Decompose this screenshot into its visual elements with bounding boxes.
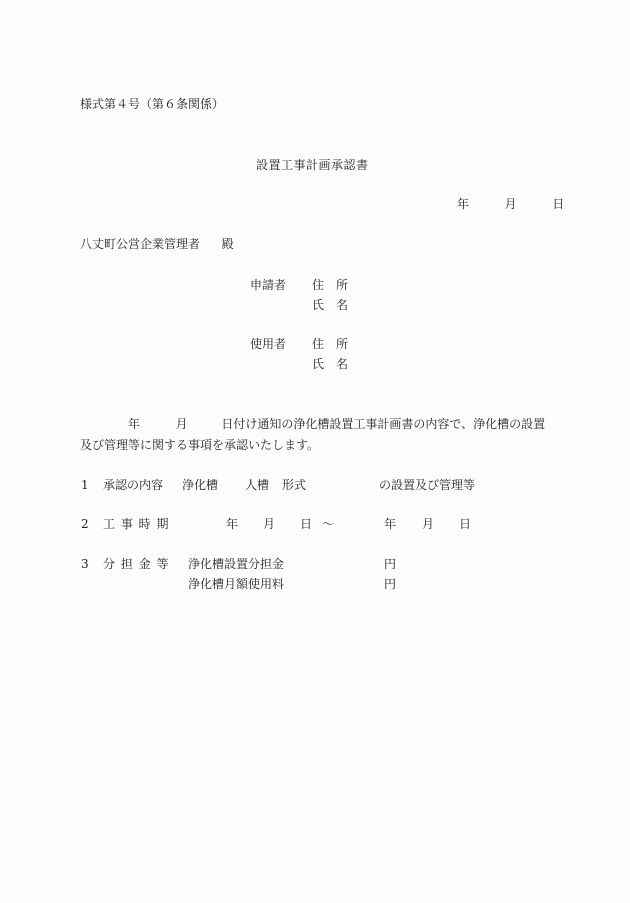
user-name-label: 氏 名 bbox=[312, 356, 348, 372]
body-line-1: 年 月 日付け通知の浄化槽設置工事計画書の内容で、浄化槽の設置 bbox=[128, 416, 545, 432]
applicant-name-label: 氏 名 bbox=[312, 297, 348, 313]
end-day-label: 日 bbox=[459, 516, 471, 532]
date-year-label: 年 bbox=[457, 196, 469, 212]
item-number: 2 bbox=[81, 516, 89, 532]
body-line-1-text: 日付け通知の浄化槽設置工事計画書の内容で、浄化槽の設置 bbox=[221, 417, 545, 431]
item-number: 3 bbox=[81, 556, 89, 572]
end-year-label: 年 bbox=[384, 516, 396, 532]
capacity-unit-label: 人槽 bbox=[245, 477, 269, 493]
applicant-address-label: 住 所 bbox=[312, 277, 348, 293]
document-title: 設置工事計画承認書 bbox=[256, 157, 369, 173]
body-month-label: 月 bbox=[176, 417, 188, 431]
issue-date: 年 月 日 bbox=[457, 196, 564, 212]
date-day-label: 日 bbox=[552, 196, 564, 212]
fee-name: 浄化槽月額使用料 bbox=[188, 576, 284, 592]
addressee-honorific: 殿 bbox=[222, 237, 234, 251]
end-month-label: 月 bbox=[422, 516, 434, 532]
date-month-label: 月 bbox=[505, 196, 517, 212]
fee-name: 浄化槽設置分担金 bbox=[188, 556, 284, 572]
addressee-name: 八丈町公営企業管理者 bbox=[80, 237, 200, 251]
body-line-2: 及び管理等に関する事項を承認いたします。 bbox=[80, 437, 319, 453]
fee-unit: 円 bbox=[384, 576, 396, 592]
body-year-label: 年 bbox=[128, 417, 140, 431]
type-label: 形式 bbox=[282, 477, 306, 493]
form-number: 様式第４号（第６条関係） bbox=[80, 96, 224, 112]
tank-label: 浄化槽 bbox=[182, 477, 218, 493]
item-label: 承認の内容 bbox=[103, 477, 163, 493]
user-address-label: 住 所 bbox=[312, 336, 348, 352]
range-separator: ～ bbox=[322, 516, 334, 532]
fee-unit: 円 bbox=[384, 556, 396, 572]
start-year-label: 年 bbox=[226, 516, 238, 532]
applicant-role: 申請者 bbox=[250, 277, 286, 293]
user-role: 使用者 bbox=[250, 336, 286, 352]
item-number: 1 bbox=[81, 477, 89, 493]
item-label: 分 担 金 等 bbox=[103, 556, 169, 572]
start-month-label: 月 bbox=[263, 516, 275, 532]
item-label: 工 事 時 期 bbox=[103, 516, 169, 532]
start-day-label: 日 bbox=[300, 516, 312, 532]
addressee: 八丈町公営企業管理者 殿 bbox=[80, 236, 234, 252]
approval-suffix: の設置及び管理等 bbox=[379, 477, 475, 493]
